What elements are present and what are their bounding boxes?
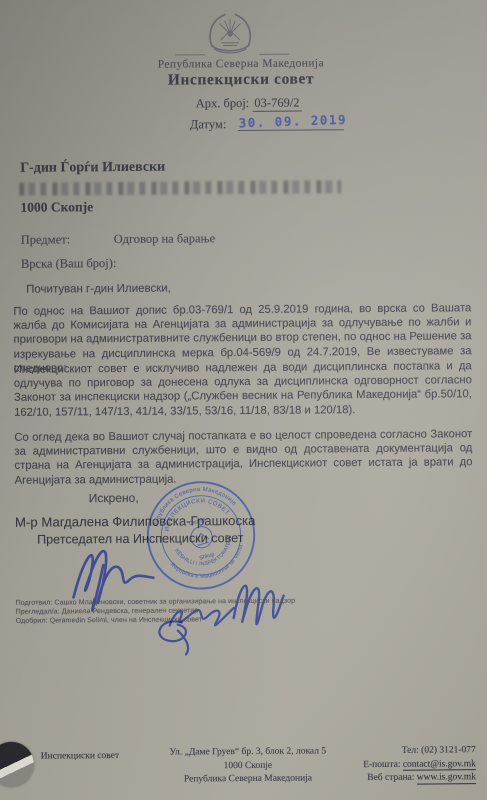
recipient-city: 1000 Скопје (20, 199, 93, 216)
header-rule-right (259, 54, 289, 55)
recipient-name: Г-дин Ѓорѓи Илиевски (20, 160, 165, 177)
org-name: Инспекциски совет (0, 69, 485, 91)
archive-number-row: Арх. број: 03-769/2 (196, 96, 302, 112)
paragraph-2: Инспекцискиот совет е исклучиво надлежен… (14, 359, 472, 419)
salutation: Почитуван г-дин Илиевски, (26, 283, 171, 296)
footer-address-block: Ул. „Даме Груев“ бр. 3, блок 2, локал 5 … (133, 745, 363, 787)
footer-logo-icon (0, 742, 34, 787)
header-rule-left (175, 54, 205, 55)
letter-content: Република Северна Македонија Инспекциски… (0, 0, 487, 800)
footer-web-label: Веб страна: (367, 773, 417, 783)
approvals-block: Подготвил: Сашко Младеновски, советник з… (16, 597, 296, 627)
archive-number-label: Арх. број: (196, 96, 250, 110)
footer-address-line3: Република Северна Македонија (133, 772, 363, 787)
coat-of-arms-icon (203, 11, 257, 55)
date-label: Датум: (190, 117, 227, 132)
reference-label: Врска (Ваш број): (21, 256, 117, 272)
footer-org-name: Инспекциски совет (41, 751, 119, 762)
subject-label: Предмет: (21, 232, 71, 247)
footer-web-line: Веб страна: www.is.gov.mk (333, 771, 476, 786)
date-stamp-value: 30. 09. 2019 (238, 112, 348, 131)
footer-tel: Тел: (02) 3121-077 (333, 744, 476, 759)
recipient-address-redacted (19, 180, 341, 196)
subject-value: Одговор на барање (114, 231, 216, 247)
footer-email-label: Е-пошта: (363, 759, 403, 769)
footer-email-line: Е-пошта: contact@is.gov.mk (333, 758, 476, 773)
footer-web-value: www.is.gov.mk (417, 772, 476, 784)
scanned-letter-page: Република Северна Македонија Инспекциски… (0, 0, 487, 800)
footer-email-value: contact@is.gov.mk (403, 759, 476, 771)
stamp-city-mk: Скопје (188, 517, 206, 527)
archive-number-value: 03-769/2 (252, 96, 301, 112)
footer-contact-block: Тел: (02) 3121-077 Е-пошта: contact@is.g… (333, 744, 476, 786)
